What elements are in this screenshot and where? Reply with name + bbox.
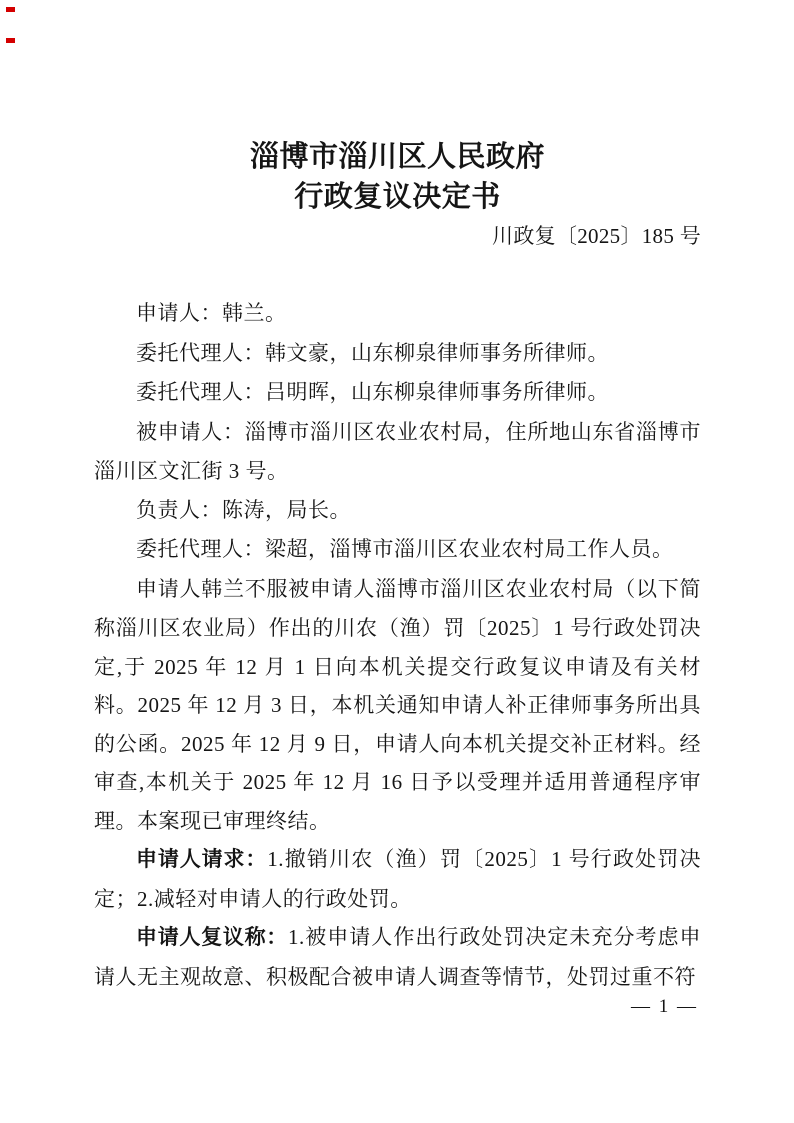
document-title: 淄博市淄川区人民政府 行政复议决定书 [94,137,701,217]
document-type-title: 行政复议决定书 [94,177,701,217]
red-corner-mark [6,38,15,43]
paragraph-lead: 申请人复议称： [136,926,288,949]
paragraph-text: 被申请人：淄博市淄川区农业农村局，住所地山东省淄博市淄川区文汇街 3 号。 [94,420,701,484]
paragraph-text: 申请人：韩兰。 [136,301,287,325]
paragraph-person-in-charge: 负责人：陈涛，局长。 [94,491,701,531]
paragraph-case-background: 申请人韩兰不服被申请人淄博市淄川区农业农村局（以下简称淄川区农业局）作出的川农（… [94,570,701,841]
issuing-authority-title: 淄博市淄川区人民政府 [94,137,701,177]
document-content: 淄博市淄川区人民政府 行政复议决定书 川政复〔2025〕185 号 申请人：韩兰… [94,0,701,996]
paragraph-applicant: 申请人：韩兰。 [94,294,701,334]
paragraph-text: 负责人：陈涛，局长。 [136,498,351,522]
paragraph-agent-2: 委托代理人：吕明晖，山东柳泉律师事务所律师。 [94,373,701,413]
paragraph-applicant-request: 申请人请求：1.撤销川农（渔）罚〔2025〕1 号行政处罚决定；2.减轻对申请人… [94,840,701,918]
red-corner-mark [6,7,15,12]
paragraph-agent-1: 委托代理人：韩文豪，山东柳泉律师事务所律师。 [94,334,701,374]
paragraph-applicant-claim: 申请人复议称：1.被申请人作出行政处罚决定未充分考虑申请人无主观故意、积极配合被… [94,918,701,996]
paragraph-respondent-agent: 委托代理人：梁超，淄博市淄川区农业农村局工作人员。 [94,530,701,570]
document-page: 淄博市淄川区人民政府 行政复议决定书 川政复〔2025〕185 号 申请人：韩兰… [0,0,794,1123]
paragraph-text: 委托代理人：梁超，淄博市淄川区农业农村局工作人员。 [136,537,674,561]
document-body: 申请人：韩兰。 委托代理人：韩文豪，山东柳泉律师事务所律师。 委托代理人：吕明晖… [94,294,701,996]
paragraph-lead: 申请人请求： [136,848,267,871]
paragraph-text: 申请人韩兰不服被申请人淄博市淄川区农业农村局（以下简称淄川区农业局）作出的川农（… [94,577,701,833]
paragraph-respondent: 被申请人：淄博市淄川区农业农村局，住所地山东省淄博市淄川区文汇街 3 号。 [94,413,701,491]
page-number: — 1 — [631,997,698,1017]
paragraph-text: 委托代理人：韩文豪，山东柳泉律师事务所律师。 [136,341,609,365]
paragraph-text: 委托代理人：吕明晖，山东柳泉律师事务所律师。 [136,380,609,404]
document-number: 川政复〔2025〕185 号 [94,221,701,251]
